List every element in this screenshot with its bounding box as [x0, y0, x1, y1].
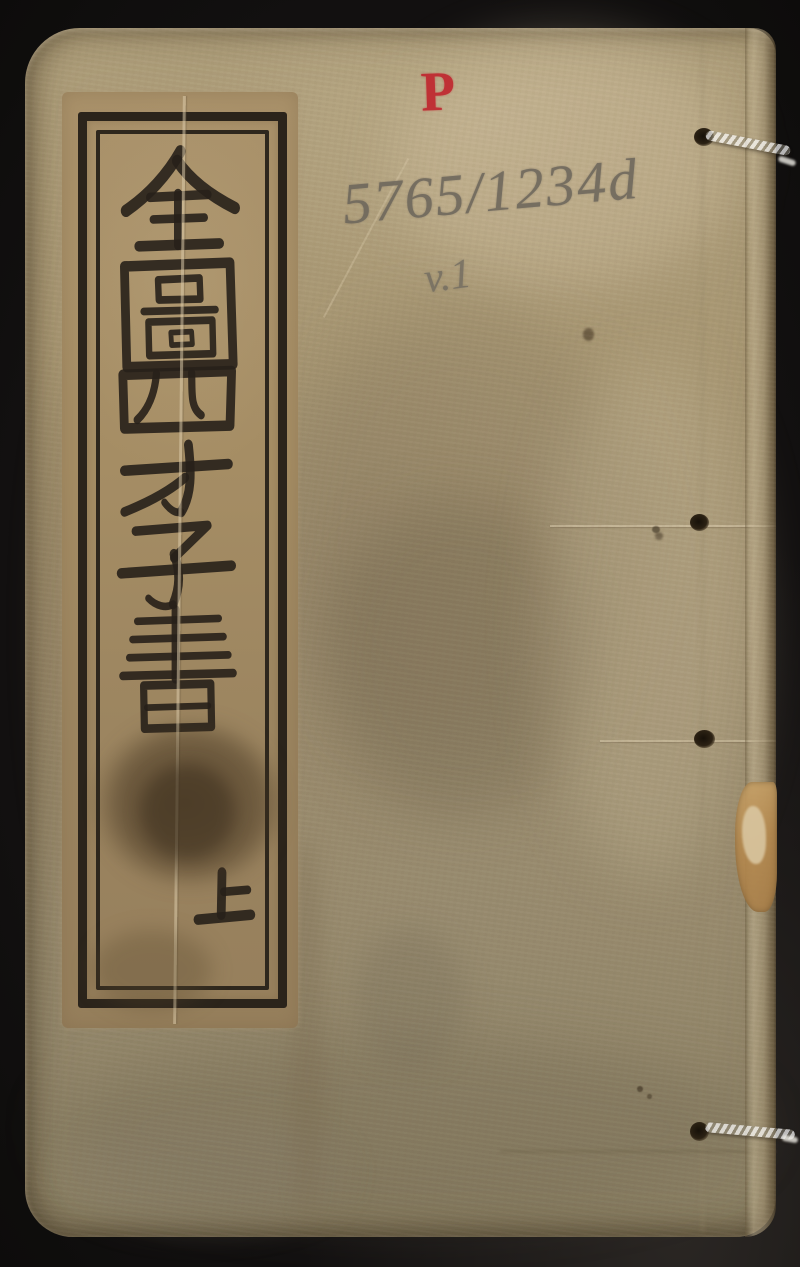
label-outer-border: 全圖四才子書 全 — [78, 112, 287, 1008]
stain — [325, 498, 595, 818]
thread-fray-bottom — [782, 1135, 799, 1144]
page-block-fore-edge — [745, 28, 776, 1237]
char-quan: 全 — [126, 151, 235, 246]
title-characters: 全圖四才子書 全 — [102, 136, 262, 980]
stamp-letter: P — [420, 60, 456, 123]
crease — [500, 1150, 776, 1153]
stain — [355, 928, 465, 1068]
speck — [647, 1094, 652, 1099]
title-calligraphy: 全 圖 — [102, 136, 262, 980]
binding-hole-2 — [690, 514, 709, 531]
char-shu: 書 — [123, 610, 233, 729]
char-shang-volume-marker: 上 — [198, 873, 251, 920]
stain — [280, 308, 640, 748]
char-zi: 子 — [121, 525, 231, 606]
speck — [637, 1086, 643, 1092]
char-tu: 圖 — [124, 263, 233, 368]
speck — [583, 328, 594, 341]
title-label: 全圖四才子書 全 — [62, 92, 298, 1028]
speck — [655, 532, 663, 540]
library-stamp: P — [407, 61, 469, 125]
binding-hole-3 — [694, 730, 715, 748]
char-si: 四 — [123, 371, 232, 429]
stain — [545, 358, 755, 878]
label-inner-border: 全圖四才子書 全 — [96, 130, 269, 990]
volume-marker-text: 上 — [102, 980, 103, 981]
crease — [550, 525, 776, 527]
torn-paper-flake — [742, 806, 766, 864]
crease — [701, 33, 704, 1233]
thread-fray-top — [778, 155, 797, 166]
photo-background: 全圖四才子書 全 — [0, 0, 800, 1267]
stain — [55, 1038, 755, 1218]
stain — [65, 1118, 345, 1228]
char-cai: 才 — [124, 445, 228, 513]
